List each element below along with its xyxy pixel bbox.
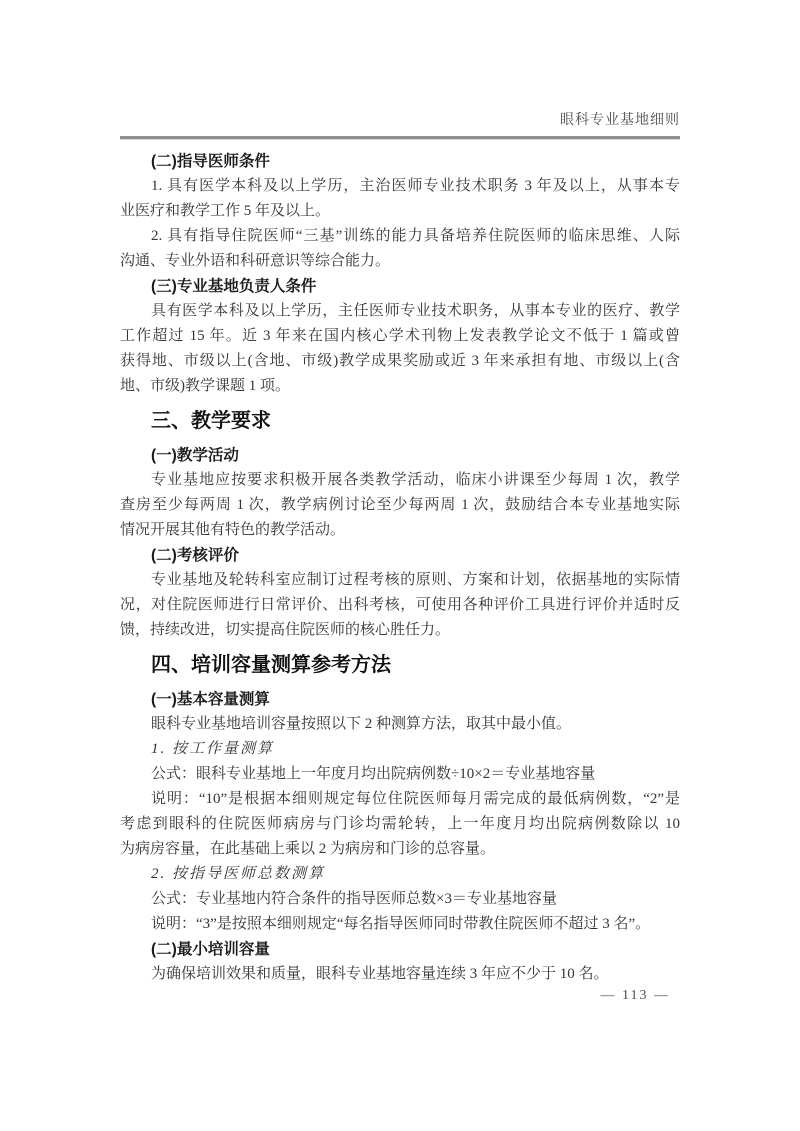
- paragraph-line: 馈，持续改进，切实提高住院医师的核心胜任力。: [120, 618, 680, 643]
- subsection-heading: (二)指导医师条件: [120, 149, 680, 174]
- paragraph-line: 为病房容量，在此基础上乘以 2 为病房和门诊的总容量。: [120, 837, 680, 862]
- paragraph-line: 眼科专业基地培训容量按照以下 2 种测算方法，取其中最小值。: [120, 712, 680, 737]
- paragraph-line: 况，对住院医师进行日常评价、出科考核，可使用各种评价工具进行评价并适时反: [120, 593, 680, 618]
- paragraph-line: 1. 具有医学本科及以上学历，主治医师专业技术职务 3 年及以上，从事本专: [120, 174, 680, 199]
- paragraph-line: 情况开展其他有特色的教学活动。: [120, 518, 680, 543]
- document-page: 眼科专业基地细则 (二)指导医师条件 1. 具有医学本科及以上学历，主治医师专业…: [0, 0, 800, 1131]
- subsection-heading: (二)考核评价: [120, 543, 680, 568]
- paragraph-line: 说明：“3”是按照本细则规定“每名指导医师同时带教住院医师不超过 3 名”。: [120, 912, 680, 937]
- formula-line: 公式：专业基地内符合条件的指导医师总数×3＝专业基地容量: [120, 887, 680, 912]
- header-divider: [120, 136, 680, 140]
- formula-line: 公式：眼科专业基地上一年度月均出院病例数÷10×2＝专业基地容量: [120, 762, 680, 787]
- paragraph-line: 地、市级)教学课题 1 项。: [120, 374, 680, 399]
- running-header: 眼科专业基地细则: [120, 112, 680, 130]
- paragraph-line: 为确保培训效果和质量，眼科专业基地容量连续 3 年应不少于 10 名。: [120, 962, 680, 987]
- paragraph-line: 业医疗和教学工作 5 年及以上。: [120, 199, 680, 224]
- paragraph-line: 考虑到眼科的住院医师病房与门诊均需轮转，上一年度月均出院病例数除以 10: [120, 812, 680, 837]
- subsection-heading: (二)最小培训容量: [120, 937, 680, 962]
- section-heading: 四、培训容量测算参考方法: [120, 652, 680, 678]
- paragraph-line: 说明：“10”是根据本细则规定每位住院医师每月需完成的最低病例数，“2”是: [120, 787, 680, 812]
- subsection-heading: (一)基本容量测算: [120, 687, 680, 712]
- paragraph-line: 工作超过 15 年。近 3 年来在国内核心学术刊物上发表教学论文不低于 1 篇或…: [120, 324, 680, 349]
- page-number: — 113 —: [120, 987, 680, 1005]
- numbered-subitem-line: 2. 按指导医师总数测算: [120, 862, 680, 887]
- paragraph-line: 查房至少每两周 1 次，教学病例讨论至少每两周 1 次，鼓励结合本专业基地实际: [120, 493, 680, 518]
- paragraph-line: 专业基地应按要求积极开展各类教学活动，临床小讲课至少每周 1 次，教学: [120, 468, 680, 493]
- paragraph-line: 获得地、市级以上(含地、市级)教学成果奖励或近 3 年来承担有地、市级以上(含: [120, 349, 680, 374]
- running-header-title: 眼科专业基地细则: [560, 113, 680, 128]
- document-content: 眼科专业基地细则 (二)指导医师条件 1. 具有医学本科及以上学历，主治医师专业…: [120, 0, 680, 1005]
- subsection-heading: (三)专业基地负责人条件: [120, 274, 680, 299]
- paragraph-line: 2. 具有指导住院医师“三基”训练的能力具备培养住院医师的临床思维、人际: [120, 224, 680, 249]
- paragraph-line: 沟通、专业外语和科研意识等综合能力。: [120, 249, 680, 274]
- numbered-subitem-line: 1. 按工作量测算: [120, 737, 680, 762]
- document-body: (二)指导医师条件 1. 具有医学本科及以上学历，主治医师专业技术职务 3 年及…: [120, 149, 680, 987]
- section-heading: 三、教学要求: [120, 408, 680, 434]
- paragraph-line: 具有医学本科及以上学历，主任医师专业技术职务，从事本专业的医疗、教学: [120, 299, 680, 324]
- paragraph-line: 专业基地及轮转科室应制订过程考核的原则、方案和计划，依据基地的实际情: [120, 568, 680, 593]
- subsection-heading: (一)教学活动: [120, 443, 680, 468]
